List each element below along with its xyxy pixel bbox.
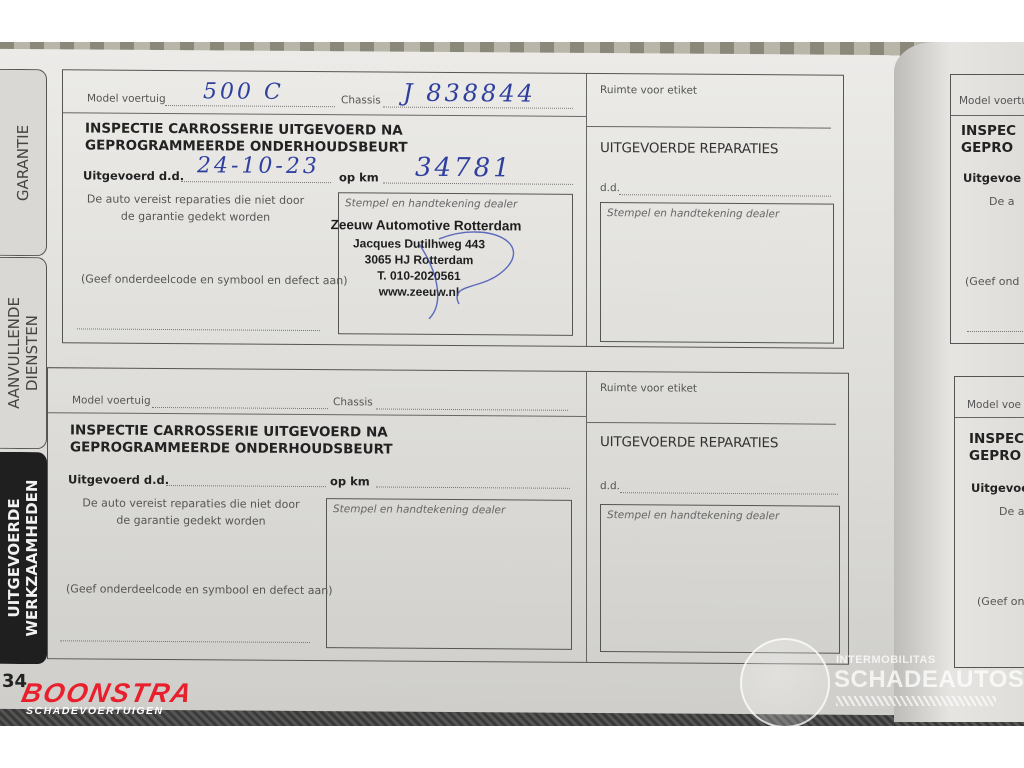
part-code-hint: (Geef onderdeelcode en symbool en defect…	[81, 272, 348, 287]
watermark-stripes	[836, 696, 996, 706]
section-heading: INSPECTIE CARROSSERIE UITGEVOERD NA	[70, 422, 388, 441]
date-label: Uitgevoerd d.d.	[68, 472, 169, 487]
chassis-label: Chassis	[341, 94, 381, 106]
globe-icon	[740, 638, 830, 726]
divider	[586, 372, 587, 662]
section-heading: INSPEC	[961, 123, 1016, 140]
part-code-line[interactable]	[60, 640, 310, 643]
tab-label: GARANTIE	[14, 124, 32, 200]
boonstra-wordmark: BOONSTRA	[19, 678, 196, 709]
note-line: De auto vereist reparaties die niet door	[73, 190, 318, 209]
dealer-stamp-box[interactable]: Stempel en handtekening dealer	[326, 498, 572, 650]
tab-label: UITGEVOERDE WERKZAAMHEDEN	[5, 479, 41, 636]
divider	[955, 417, 1024, 418]
repairs-date-line[interactable]	[620, 492, 838, 495]
booklet-right-page: Model voertu INSPEC GEPRO Uitgevoe De a …	[894, 42, 1024, 722]
km-label: op km	[339, 170, 379, 184]
chassis-field-line[interactable]	[376, 408, 568, 410]
model-label: Model voertuig	[72, 394, 151, 407]
model-label: Model voertu	[959, 95, 1024, 107]
km-field-line[interactable]	[376, 486, 570, 488]
model-field-line[interactable]	[152, 407, 328, 409]
dealer-stamp-box[interactable]: Stempel en handtekening dealer Zeeuw Aut…	[338, 192, 573, 336]
repairs-heading: UITGEVOERDE REPARATIES	[600, 140, 778, 157]
date-field-line	[181, 181, 331, 183]
date-value[interactable]: 24-10-23	[197, 153, 320, 179]
watermark-title: SCHADEAUTOS.NL	[834, 666, 1024, 694]
km-value[interactable]: 34781	[415, 153, 513, 184]
divider	[951, 115, 1024, 116]
repairs-date-label: d.d.	[600, 480, 620, 492]
note-line: de garantie gedekt worden	[66, 511, 316, 530]
date-label: Uitgevoe	[963, 171, 1021, 185]
part-code-line	[77, 328, 320, 331]
warranty-note: De a	[999, 505, 1024, 518]
section-heading: INSPECTIE CARROSSERIE UITGEVOERD NA	[85, 120, 403, 139]
tab-aanvullende-diensten[interactable]: AANVULLENDE DIENSTEN	[0, 257, 47, 449]
chassis-label: Chassis	[333, 396, 373, 408]
part-code-line	[967, 331, 1024, 332]
divider	[48, 412, 586, 417]
divider	[586, 74, 587, 346]
section-heading: GEPRO	[961, 140, 1013, 157]
tab-garantie[interactable]: GARANTIE	[0, 69, 47, 256]
divider	[586, 126, 831, 129]
tab-label: AANVULLENDE DIENSTEN	[5, 297, 41, 409]
note-line: De auto vereist reparaties die niet door	[66, 494, 316, 513]
stamp-caption: Stempel en handtekening dealer	[607, 207, 779, 220]
label-space-text: Ruimte voor etiket	[600, 84, 697, 97]
date-label: Uitgevoerd d.d.	[83, 168, 184, 183]
schadeautos-watermark: INTERMOBILITAS SCHADEAUTOS.NL	[740, 638, 1024, 726]
divider	[63, 112, 586, 117]
date-label: Uitgevoe	[971, 481, 1024, 495]
part-code-hint: (Geef onderdeelcode en symbool en defect…	[66, 582, 333, 597]
stamp-caption: Stempel en handtekening dealer	[607, 509, 779, 522]
stamp-caption: Stempel en handtekening dealer	[345, 197, 517, 210]
inspection-card-2: Model voertuig Chassis INSPECTIE CARROSS…	[47, 367, 849, 665]
repairs-date-label: d.d.	[600, 182, 620, 194]
part-code-hint: (Geef ond	[965, 275, 1019, 288]
partial-card-1: Model voertu INSPEC GEPRO Uitgevoe De a …	[950, 74, 1024, 344]
divider	[586, 422, 836, 425]
stamp-caption: Stempel en handtekening dealer	[333, 503, 505, 516]
warranty-note: De auto vereist reparaties die niet door…	[73, 190, 318, 226]
km-label: op km	[330, 474, 370, 488]
repairs-heading: UITGEVOERDE REPARATIES	[600, 434, 778, 451]
partial-card-2: Model voe INSPEC GEPRO Uitgevoe De a (Ge…	[954, 376, 1024, 668]
label-space-text: Ruimte voor etiket	[600, 382, 697, 395]
model-label: Model voertuig	[87, 92, 166, 105]
chassis-value[interactable]: J 838844	[403, 79, 536, 108]
section-heading: GEPROGRAMMEERDE ONDERHOUDSBEURT	[70, 439, 393, 458]
inspection-card-1: Model voertuig 500 C Chassis J 838844 IN…	[62, 69, 844, 348]
part-code-hint: (Geef on	[977, 595, 1024, 608]
boonstra-logo: BOONSTRA SCHADEVOERTUIGEN	[22, 678, 193, 717]
repairs-stamp-box[interactable]: Stempel en handtekening dealer	[600, 504, 840, 654]
warranty-note: De a	[989, 195, 1014, 208]
booklet-left-page: GARANTIE AANVULLENDE DIENSTEN UITGEVOERD…	[0, 49, 900, 715]
model-value[interactable]: 500 C	[203, 79, 284, 105]
note-line: de garantie gedekt worden	[73, 207, 318, 226]
warranty-note: De auto vereist reparaties die niet door…	[66, 494, 316, 530]
booklet-photo: GARANTIE AANVULLENDE DIENSTEN UITGEVOERD…	[0, 42, 1024, 726]
repairs-date-line	[619, 194, 831, 196]
date-field-line[interactable]	[166, 485, 326, 487]
tab-uitgevoerde-werkzaamheden[interactable]: UITGEVOERDE WERKZAAMHEDEN	[0, 452, 47, 664]
model-label: Model voe	[967, 399, 1021, 411]
model-field-line	[165, 105, 335, 107]
watermark-subtitle: INTERMOBILITAS	[836, 654, 936, 666]
signature-scribble	[399, 214, 529, 325]
section-heading: GEPRO	[969, 448, 1021, 465]
section-heading: INSPEC	[969, 431, 1024, 448]
repairs-stamp-box[interactable]: Stempel en handtekening dealer	[600, 202, 834, 344]
